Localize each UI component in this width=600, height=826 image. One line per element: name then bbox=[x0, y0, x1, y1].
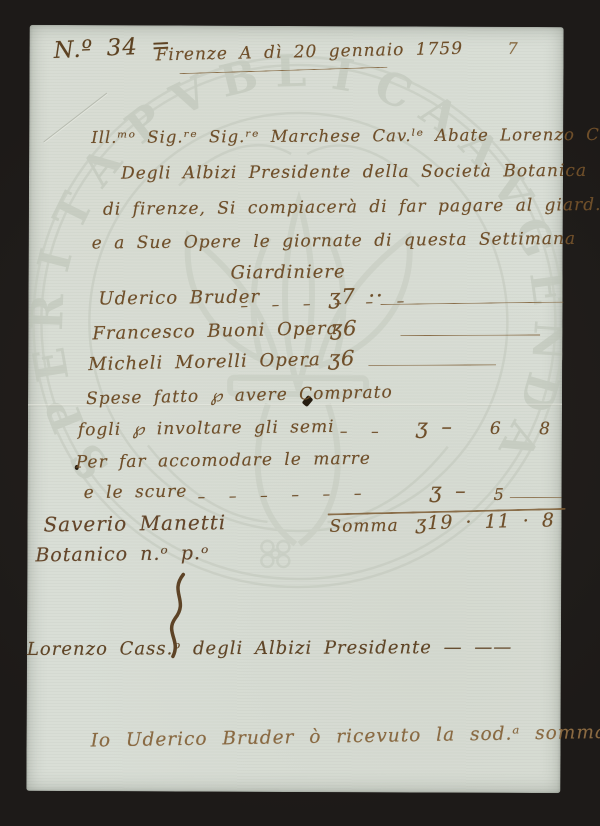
watermark-quatrefoil-icon bbox=[261, 541, 289, 567]
expense-value: 6 8 bbox=[490, 419, 564, 439]
expense-line: fogli ℘ involtare gli semi bbox=[78, 417, 335, 440]
signature-name: Saverio Manetti bbox=[43, 510, 226, 536]
expense-line: e le scure bbox=[84, 482, 188, 503]
entry-amount: ʒ7 ·· bbox=[328, 283, 384, 309]
expense-currency: ʒ – bbox=[430, 479, 467, 503]
entry-dashes: – bbox=[304, 356, 319, 374]
svg-text:T: T bbox=[44, 185, 104, 237]
svg-text:I: I bbox=[28, 244, 82, 277]
svg-text:D: D bbox=[509, 367, 564, 418]
entry-dashes: – bbox=[306, 324, 321, 342]
svg-text:N: N bbox=[521, 319, 563, 363]
entry-amount: ʒ6 bbox=[330, 316, 357, 340]
total-amount: ʒ19 · 11 · 8 bbox=[415, 509, 555, 534]
svg-text:R: R bbox=[26, 292, 74, 331]
entry-name: Uderico Bruder bbox=[98, 286, 260, 309]
expense-dashes: – – bbox=[340, 422, 386, 440]
expense-currency: ʒ – bbox=[416, 415, 453, 439]
salutation-line-1: Ill.ᵐᵒ Sig.ʳᵉ Sig.ʳᵉ Marchese Cav.ˡᵉ Aba… bbox=[91, 125, 600, 147]
page-number: 7 bbox=[508, 39, 519, 58]
expense-rule bbox=[510, 497, 562, 498]
manuscript-page: SPERITAPVBLICAAVGENDA N.º 34 = Firenze A… bbox=[26, 25, 563, 793]
svg-text:V: V bbox=[162, 66, 217, 128]
salutation-line-2: Degli Albizi Presidente della Società Bo… bbox=[121, 161, 587, 184]
section-heading: Giardiniere bbox=[230, 261, 345, 283]
total-label: Somma bbox=[329, 516, 399, 537]
entry-amount: ʒ6 bbox=[328, 346, 355, 370]
expense-dashes: – – – – – – bbox=[197, 484, 368, 506]
document-scan: SPERITAPVBLICAAVGENDA N.º 34 = Firenze A… bbox=[0, 0, 600, 826]
expense-value: 5 bbox=[494, 485, 505, 504]
president-signature-line: Lorenzo Cass.ᵒ degli Albizi Presidente —… bbox=[27, 637, 513, 660]
signature-title: Botanico n.ᵒ p.ᵒ bbox=[35, 542, 209, 566]
expense-line: Per far accomodare le marre bbox=[76, 449, 371, 473]
